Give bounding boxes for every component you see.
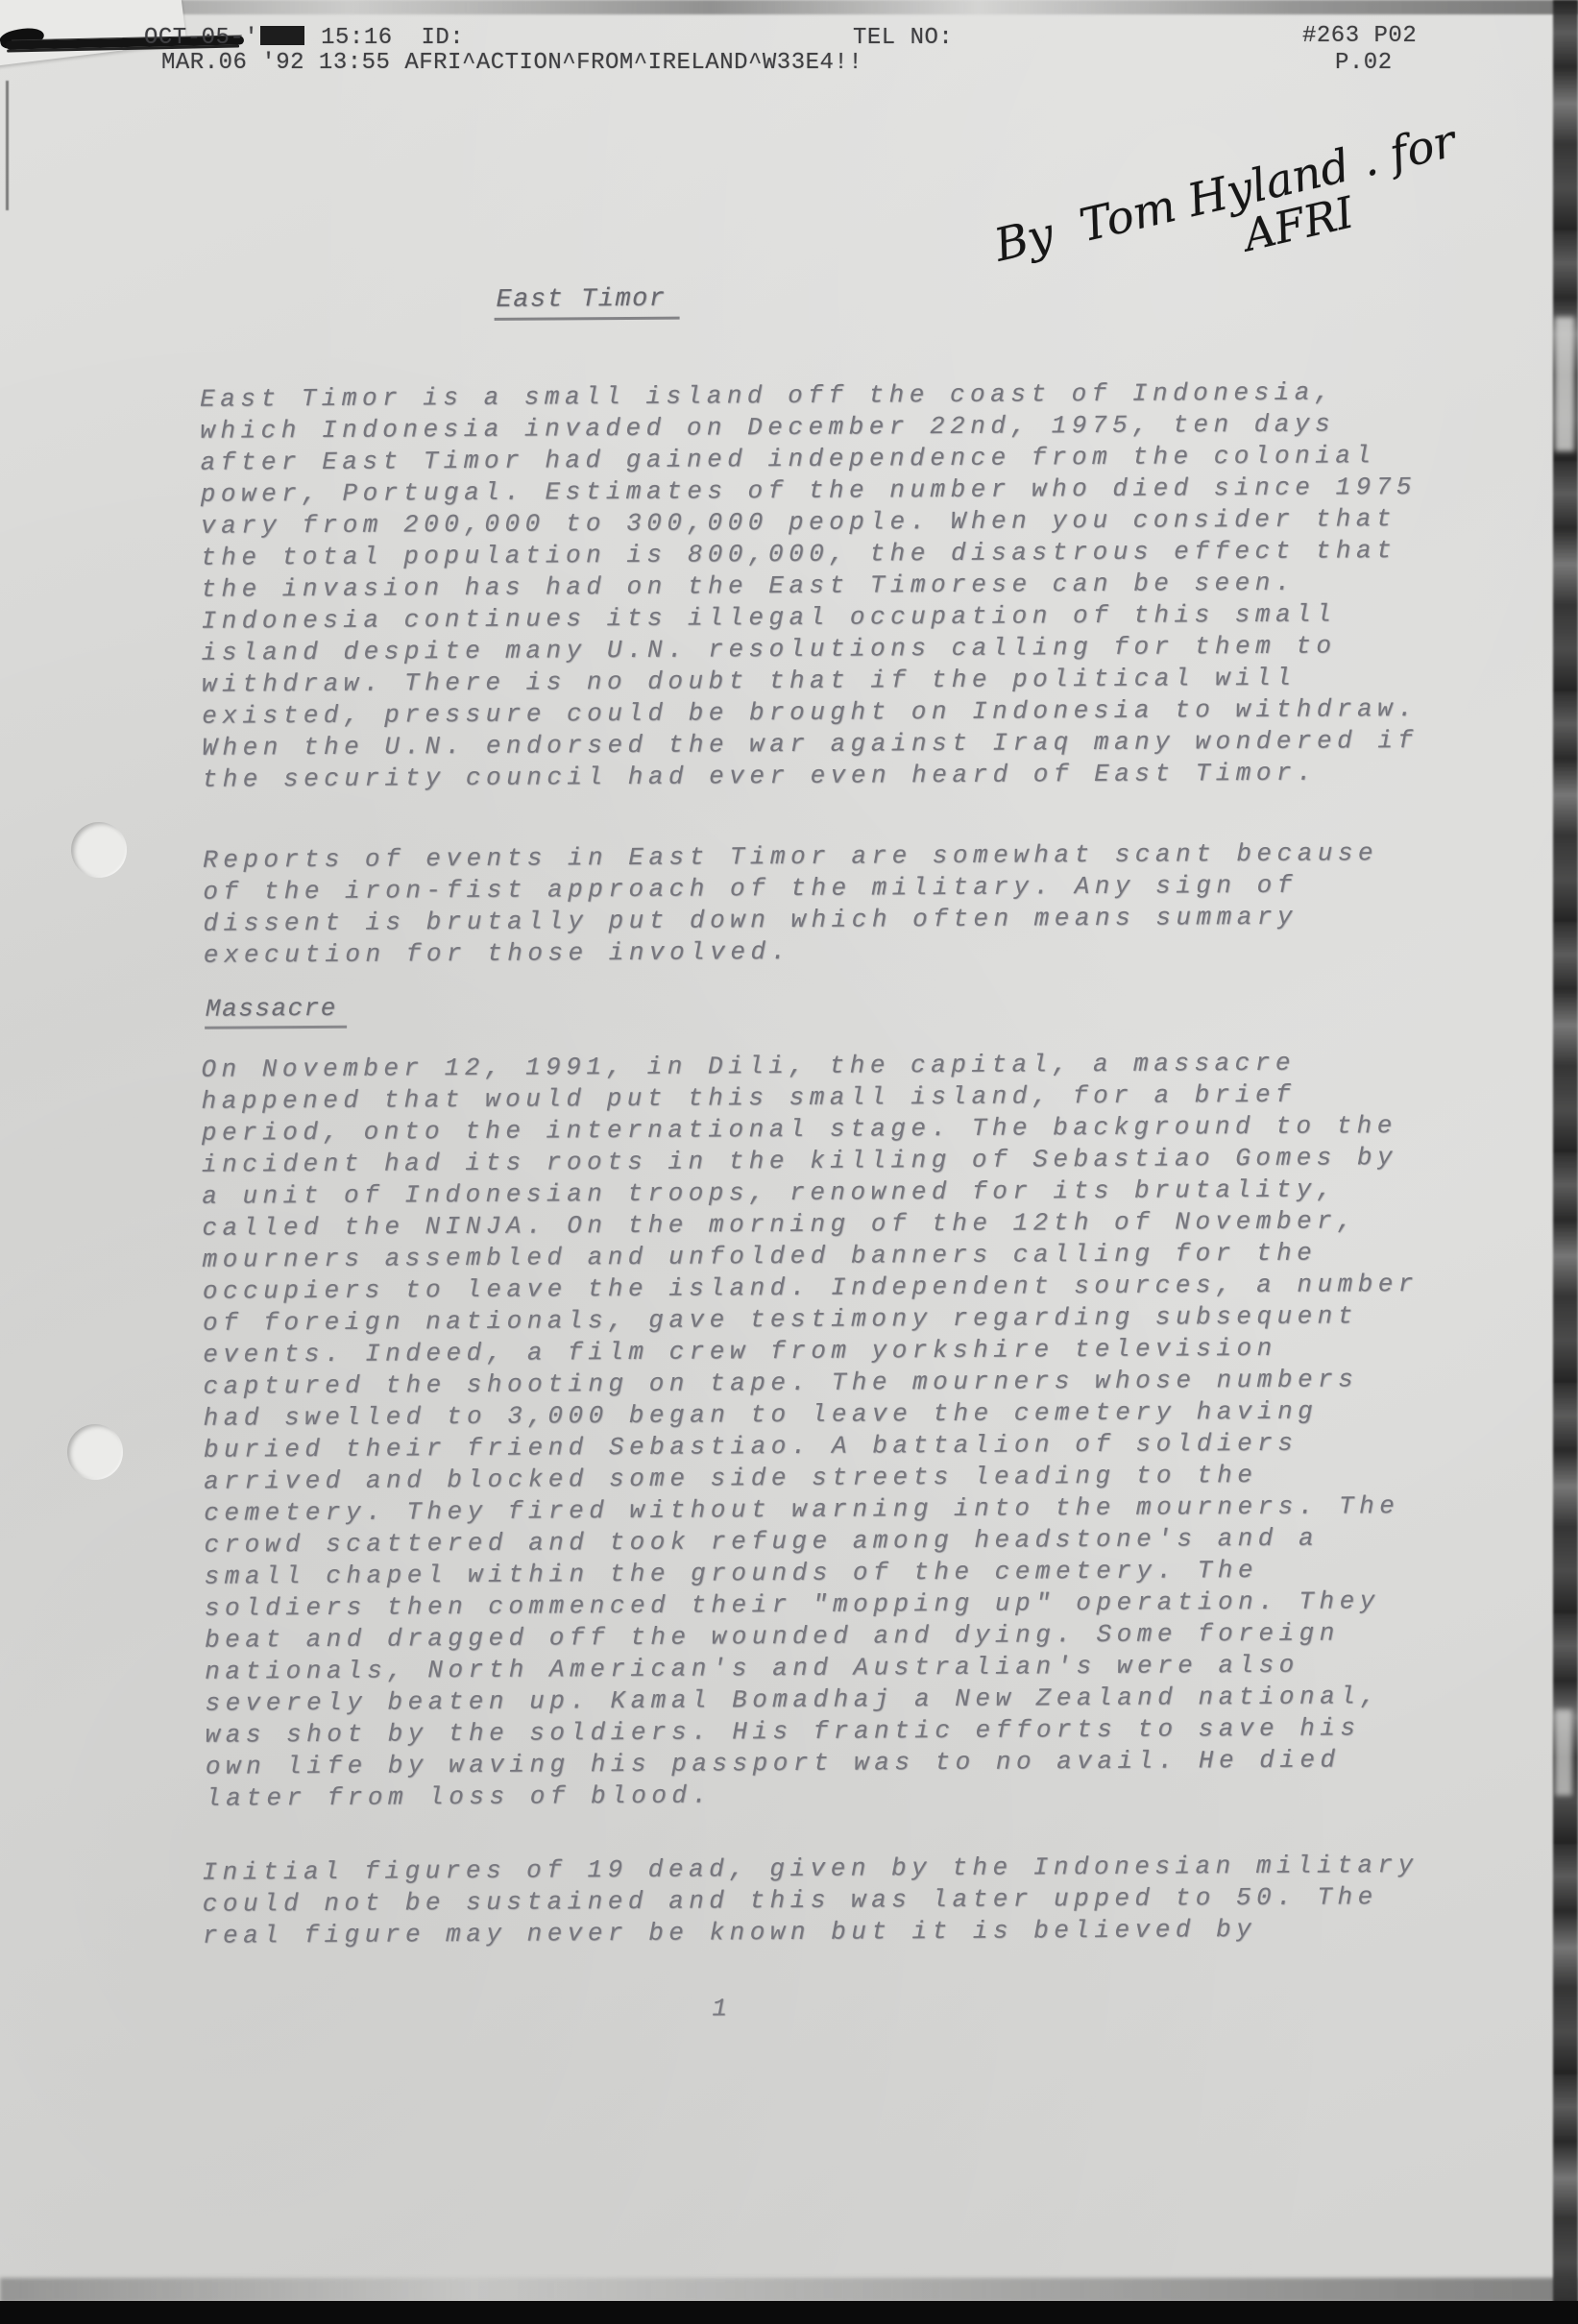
document-title: East Timor xyxy=(494,285,679,321)
paragraph-intro-1: East Timor is a small island off the coa… xyxy=(200,376,1419,796)
paragraph-intro-2: Reports of events in East Timor are some… xyxy=(203,837,1379,971)
document-body: East Timor East Timor is a small island … xyxy=(0,0,1578,2324)
paragraph-massacre-1: On November 12, 1991, in Dili, the capit… xyxy=(201,1047,1421,1815)
paragraph-massacre-2: Initial figures of 19 dead, given by the… xyxy=(202,1850,1419,1952)
page-number: 1 xyxy=(712,1994,727,2022)
fax-page: OCT-05-' 15:16 ID: TEL NO: #263 P02 MAR.… xyxy=(0,0,1578,2324)
section-heading-massacre: Massacre xyxy=(205,994,347,1029)
